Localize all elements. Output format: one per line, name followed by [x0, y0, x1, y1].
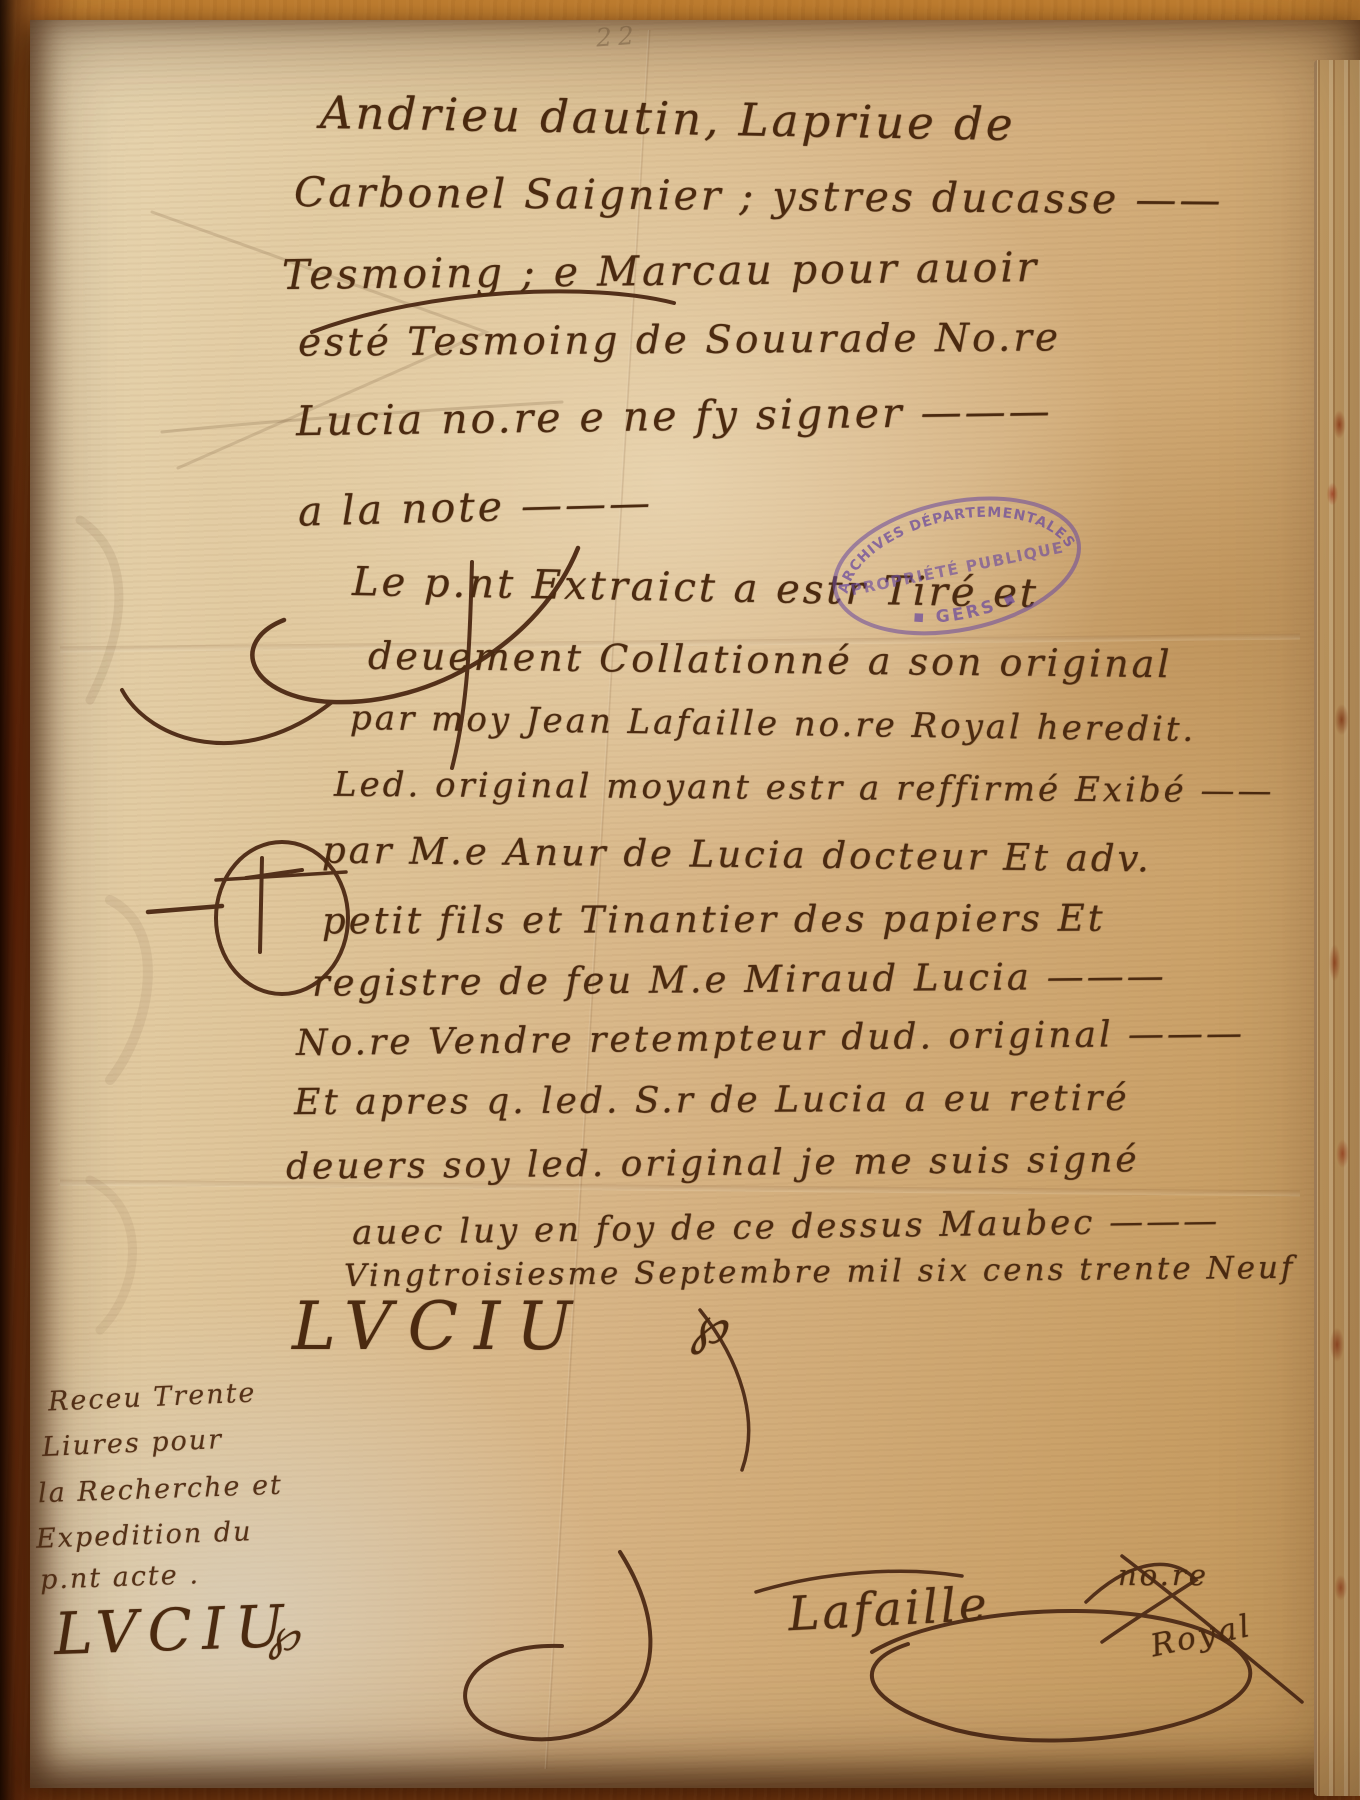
manuscript-line: petit fils et Tinantier des papiers Et — [322, 897, 1106, 943]
manuscript-line: a la note ——— — [297, 478, 653, 535]
stamp-bottom-text: ▪ GERS ▪ — [909, 586, 1023, 635]
margin-monogram-paraph: ℘ — [268, 1610, 299, 1661]
manuscript-line: registre de feu M.e Miraud Lucia ——— — [312, 954, 1167, 1004]
manuscript-line: par M.e Anur de Lucia docteur Et adv. — [322, 829, 1152, 881]
svg-text:▪ GERS ▪: ▪ GERS ▪ — [909, 586, 1023, 635]
margin-monogram: LVCIU — [53, 1592, 295, 1668]
manuscript-line: Led. original moyant estr a reffirmé Exi… — [334, 765, 1275, 812]
photo-scene: 22 — [0, 0, 1360, 1800]
page-number: 22 — [595, 21, 641, 53]
booklet-page-edges — [1314, 60, 1360, 1796]
manuscript-line: deuers soy led. original je me suis sign… — [286, 1139, 1140, 1187]
center-monogram: LVCIU — [292, 1288, 588, 1365]
center-monogram-paraph: ℘ — [690, 1296, 726, 1356]
manuscript-line: Carbonel Saignier ; ystres ducasse —— — [294, 168, 1224, 224]
signature-title: no.re — [1118, 1558, 1209, 1592]
margin-note-line: p.nt acte . — [40, 1559, 201, 1596]
manuscript-line: esté Tesmoing de Souurade No.re — [298, 315, 1061, 365]
manuscript-line: Tesmoing ; e Marcau pour auoir — [282, 243, 1040, 299]
manuscript-line: deuement Collationné a son original — [368, 634, 1173, 686]
signature-name: Lafaille — [787, 1577, 991, 1642]
manuscript-line: Et apres q. led. S.r de Lucia a eu retir… — [294, 1078, 1130, 1123]
